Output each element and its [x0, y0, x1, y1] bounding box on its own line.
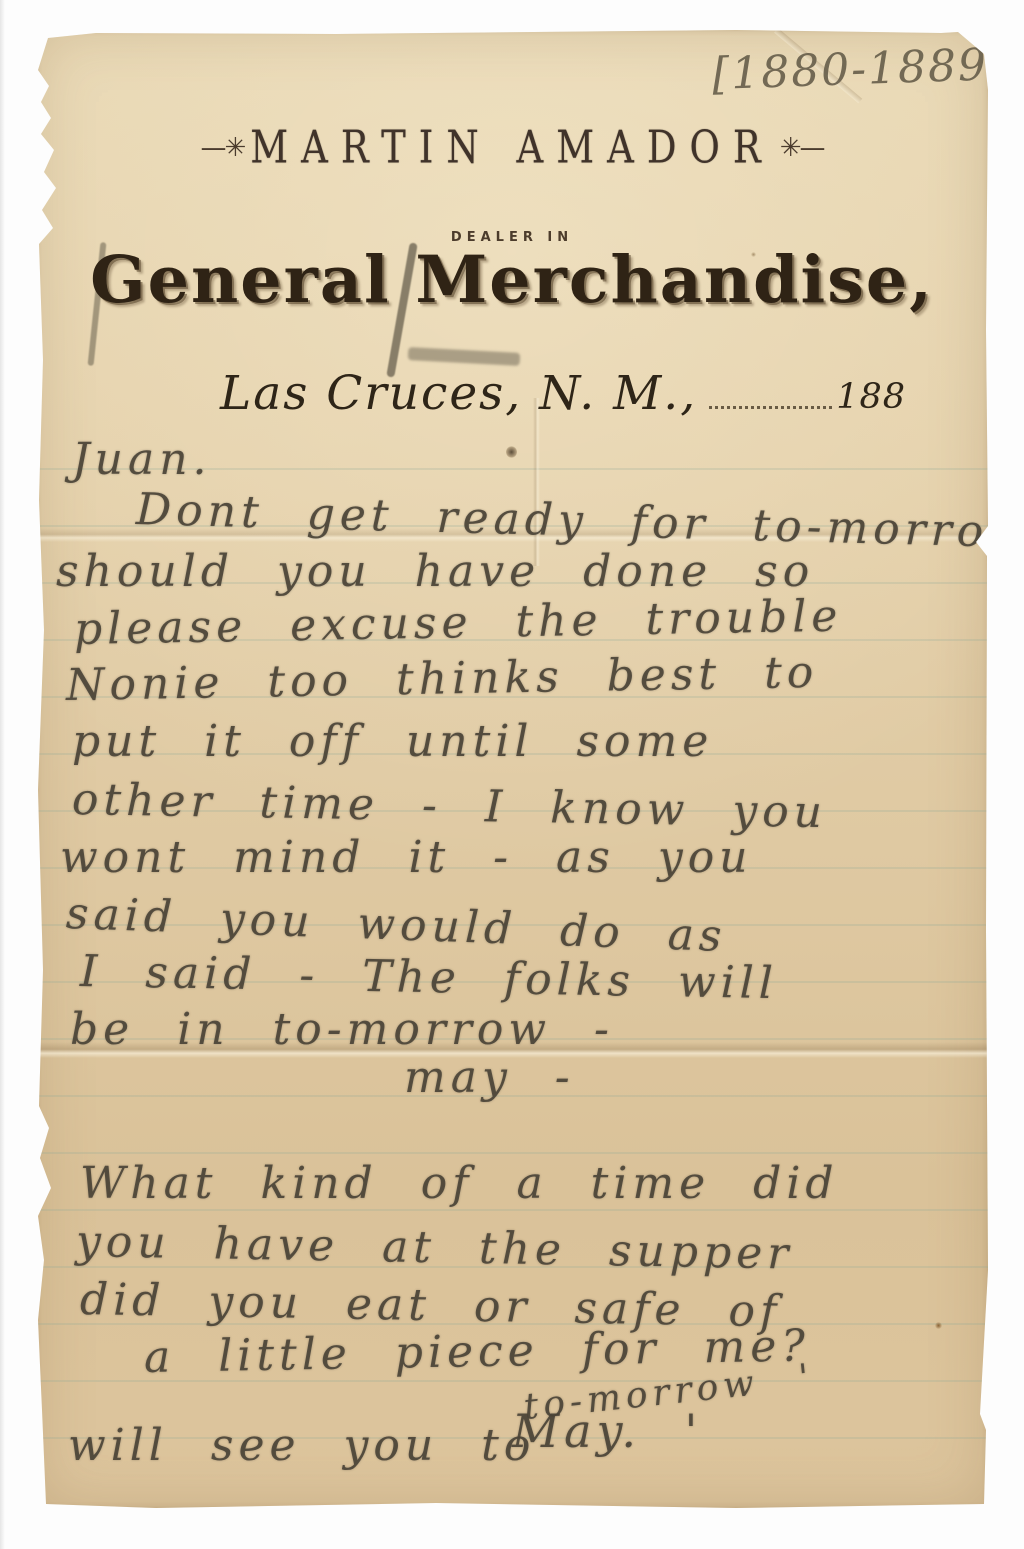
handwritten-line: you have at the supper — [76, 1220, 794, 1277]
year-prefix: 188 — [836, 377, 906, 421]
handwritten-signature: May. ' — [512, 1408, 702, 1454]
scanner-edge-shadow — [0, 0, 5, 1549]
handwritten-line: be in to-morrow - — [70, 1008, 614, 1052]
ink-speck — [506, 446, 517, 458]
ornament-left-icon: —✳ — [200, 133, 244, 163]
place-date-line: Las Cruces, N. M., 188 — [36, 366, 988, 421]
handwritten-line: should you have done so — [56, 550, 814, 594]
date-leader-dots — [709, 406, 832, 409]
stain-speck — [935, 1322, 942, 1329]
handwritten-line: please excuse the trouble — [74, 595, 843, 652]
handwritten-line-salutation: Juan. — [72, 438, 212, 482]
archival-date-annotation: [1880-1889] — [711, 39, 1003, 100]
handwritten-line: I said - The folks will — [80, 950, 779, 1006]
place-name: Las Cruces, N. M., — [220, 366, 697, 421]
pencil-smudge — [408, 347, 521, 366]
business-name: General Merchandise, — [36, 242, 988, 318]
handwritten-line: Nonie too thinks best to — [66, 651, 819, 708]
handwritten-line: will see you to — [68, 1424, 535, 1468]
handwritten-signature: may - — [404, 1056, 575, 1100]
ornament-right-icon: ✳— — [780, 133, 824, 163]
letterhead-name-row: —✳ MARTIN AMADOR ✳— — [36, 126, 988, 169]
handwritten-line: put it off until some — [72, 720, 713, 764]
handwritten-line: wont mind it - as you — [60, 836, 753, 880]
letter-paper: [1880-1889] —✳ MARTIN AMADOR ✳— DEALER I… — [36, 30, 988, 1508]
letterhead-name: MARTIN AMADOR — [250, 121, 773, 173]
handwritten-line: What kind of a time did — [80, 1162, 839, 1206]
handwritten-line: other time - I know you — [72, 778, 828, 835]
